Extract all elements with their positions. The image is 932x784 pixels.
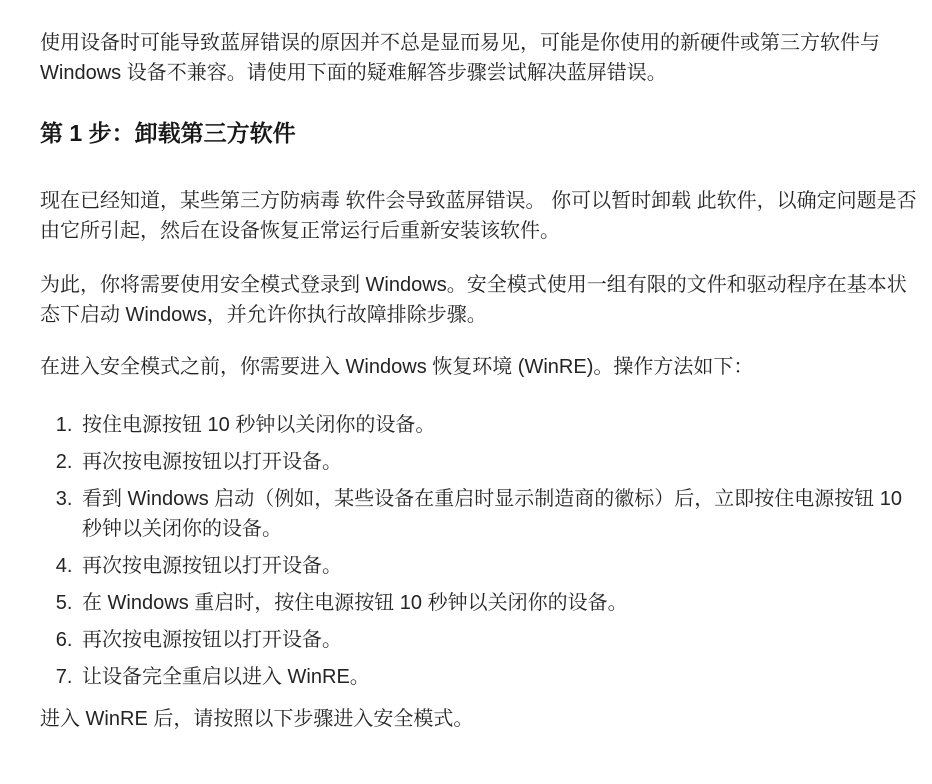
- winre-intro-paragraph: 在进入安全模式之前，你需要进入 Windows 恢复环境 (WinRE)。操作方…: [40, 352, 926, 382]
- winre-step-2: 再次按电源按钮以打开设备。: [78, 447, 926, 477]
- safe-mode-paragraph: 为此，你将需要使用安全模式登录到 Windows。安全模式使用一组有限的文件和驱…: [40, 270, 926, 330]
- after-list-paragraph: 进入 WinRE 后，请按照以下步骤进入安全模式。: [40, 704, 926, 734]
- winre-step-6: 再次按电源按钮以打开设备。: [78, 625, 926, 655]
- antivirus-paragraph: 现在已经知道，某些第三方防病毒 软件会导致蓝屏错误。 你可以暂时卸载 此软件，以…: [40, 186, 926, 246]
- winre-step-7: 让设备完全重启以进入 WinRE。: [78, 662, 926, 692]
- intro-paragraph: 使用设备时可能导致蓝屏错误的原因并不总是显而易见，可能是你使用的新硬件或第三方软…: [40, 28, 926, 88]
- winre-step-5: 在 Windows 重启时，按住电源按钮 10 秒钟以关闭你的设备。: [78, 588, 926, 618]
- support-article: 使用设备时可能导致蓝屏错误的原因并不总是显而易见，可能是你使用的新硬件或第三方软…: [0, 0, 932, 734]
- winre-step-3: 看到 Windows 启动（例如，某些设备在重启时显示制造商的徽标）后，立即按住…: [78, 484, 926, 544]
- step1-heading: 第 1 步：卸载第三方软件: [40, 118, 926, 148]
- winre-step-4: 再次按电源按钮以打开设备。: [78, 551, 926, 581]
- winre-steps-list: 按住电源按钮 10 秒钟以关闭你的设备。 再次按电源按钮以打开设备。 看到 Wi…: [40, 410, 926, 692]
- winre-step-1: 按住电源按钮 10 秒钟以关闭你的设备。: [78, 410, 926, 440]
